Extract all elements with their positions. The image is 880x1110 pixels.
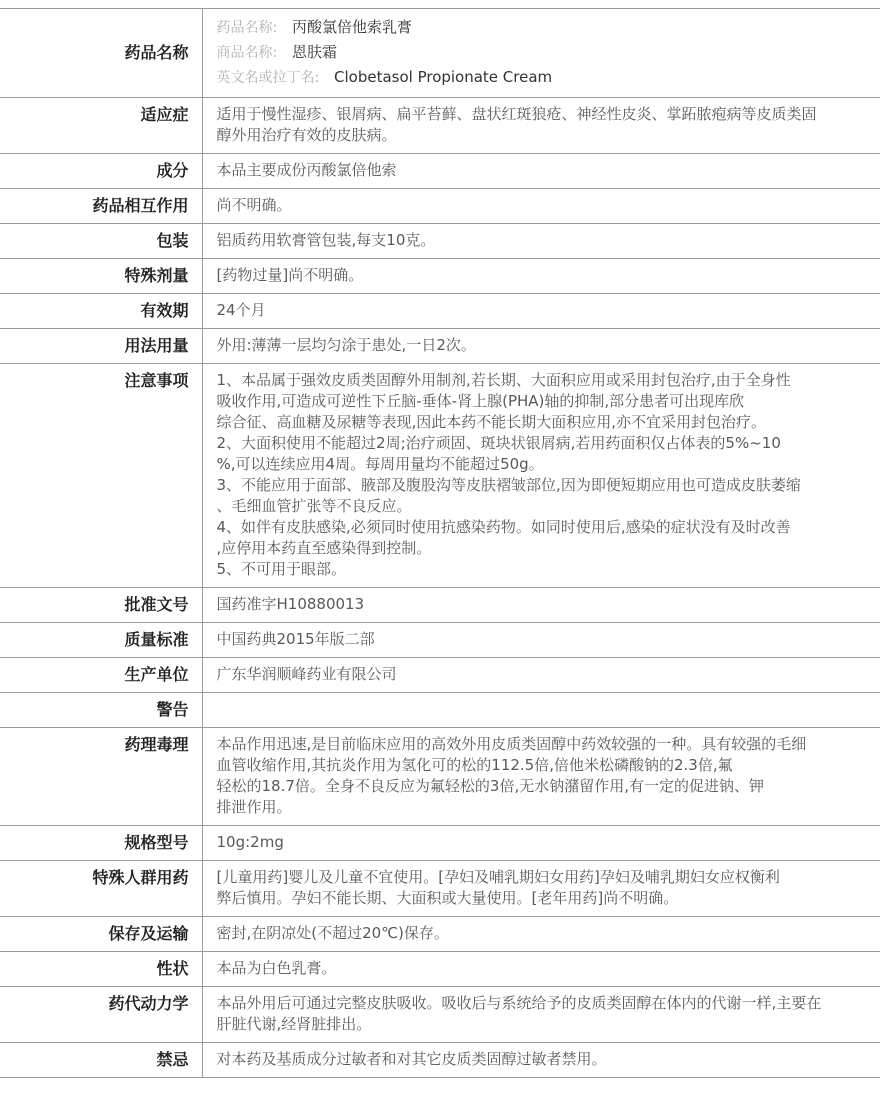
row-label: 药理毒理 — [0, 728, 202, 826]
table-row-appearance: 性状 本品为白色乳膏。 — [0, 952, 880, 987]
table-row-approval-number: 批准文号 国药准字H10880013 — [0, 588, 880, 623]
field-key: 英文名或拉丁名: — [217, 70, 330, 86]
table-row-specification: 规格型号 10g:2mg — [0, 826, 880, 861]
row-label: 警告 — [0, 693, 202, 728]
row-content: [药物过量]尚不明确。 — [202, 259, 880, 294]
field-key: 药品名称: — [217, 20, 288, 36]
row-content: 广东华润顺峰药业有限公司 — [202, 658, 880, 693]
field-value: 丙酸氯倍他索乳膏 — [292, 18, 412, 36]
table-row-usage-dosage: 用法用量 外用:薄薄一层均匀涂于患处,一日2次。 — [0, 329, 880, 364]
row-content: 24个月 — [202, 294, 880, 329]
row-label: 保存及运输 — [0, 917, 202, 952]
table-row-contraindications: 禁忌 对本药及基质成分过敏者和对其它皮质类固醇过敏者禁用。 — [0, 1043, 880, 1078]
row-label: 用法用量 — [0, 329, 202, 364]
table-row-warning: 警告 — [0, 693, 880, 728]
drug-name-field: 药品名称: 丙酸氯倍他索乳膏 — [217, 15, 861, 40]
row-content: 1、本品属于强效皮质类固醇外用制剂,若长期、大面积应用或采用封包治疗,由于全身性… — [202, 364, 880, 588]
row-content: 药品名称: 丙酸氯倍他索乳膏 商品名称: 恩肤霜 英文名或拉丁名: Clobet… — [202, 9, 880, 98]
row-content: 外用:薄薄一层均匀涂于患处,一日2次。 — [202, 329, 880, 364]
row-label: 包装 — [0, 224, 202, 259]
table-row-packaging: 包装 铝质药用软膏管包装,每支10克。 — [0, 224, 880, 259]
row-label: 适应症 — [0, 98, 202, 154]
row-content: 10g:2mg — [202, 826, 880, 861]
table-row-quality-standard: 质量标准 中国药典2015年版二部 — [0, 623, 880, 658]
row-content: 中国药典2015年版二部 — [202, 623, 880, 658]
field-value: Clobetasol Propionate Cream — [334, 68, 552, 86]
field-key: 商品名称: — [217, 45, 288, 61]
row-content: 本品主要成份丙酸氯倍他索 — [202, 154, 880, 189]
table-row-precautions: 注意事项 1、本品属于强效皮质类固醇外用制剂,若长期、大面积应用或采用封包治疗,… — [0, 364, 880, 588]
row-label: 禁忌 — [0, 1043, 202, 1078]
row-label: 生产单位 — [0, 658, 202, 693]
row-label: 性状 — [0, 952, 202, 987]
row-content — [202, 693, 880, 728]
row-label: 规格型号 — [0, 826, 202, 861]
drug-info-table: 药品名称 药品名称: 丙酸氯倍他索乳膏 商品名称: 恩肤霜 英文名或拉丁名: C… — [0, 8, 880, 1078]
table-row-shelf-life: 有效期 24个月 — [0, 294, 880, 329]
row-label: 药品名称 — [0, 9, 202, 98]
field-value: 恩肤霜 — [292, 43, 337, 61]
table-body: 药品名称 药品名称: 丙酸氯倍他索乳膏 商品名称: 恩肤霜 英文名或拉丁名: C… — [0, 9, 880, 1078]
table-row-drug-name: 药品名称 药品名称: 丙酸氯倍他索乳膏 商品名称: 恩肤霜 英文名或拉丁名: C… — [0, 9, 880, 98]
row-label: 特殊剂量 — [0, 259, 202, 294]
row-content: 本品为白色乳膏。 — [202, 952, 880, 987]
row-label: 注意事项 — [0, 364, 202, 588]
row-label: 批准文号 — [0, 588, 202, 623]
table-row-ingredients: 成分 本品主要成份丙酸氯倍他索 — [0, 154, 880, 189]
table-row-indications: 适应症 适用于慢性湿疹、银屑病、扁平苔藓、盘状红斑狼疮、神经性皮炎、掌跖脓疱病等… — [0, 98, 880, 154]
drug-name-field: 商品名称: 恩肤霜 — [217, 40, 861, 65]
table-row-special-populations: 特殊人群用药 [儿童用药]婴儿及儿童不宜使用。[孕妇及哺乳期妇女用药]孕妇及哺乳… — [0, 861, 880, 917]
drug-info-page: 药品名称 药品名称: 丙酸氯倍他索乳膏 商品名称: 恩肤霜 英文名或拉丁名: C… — [0, 0, 880, 1078]
table-row-pharmacokinetics: 药代动力学 本品外用后可通过完整皮肤吸收。吸收后与系统给予的皮质类固醇在体内的代… — [0, 987, 880, 1043]
row-label: 有效期 — [0, 294, 202, 329]
row-content: 密封,在阴凉处(不超过20℃)保存。 — [202, 917, 880, 952]
row-content: 国药准字H10880013 — [202, 588, 880, 623]
row-label: 质量标准 — [0, 623, 202, 658]
table-row-manufacturer: 生产单位 广东华润顺峰药业有限公司 — [0, 658, 880, 693]
row-content: 对本药及基质成分过敏者和对其它皮质类固醇过敏者禁用。 — [202, 1043, 880, 1078]
drug-name-field: 英文名或拉丁名: Clobetasol Propionate Cream — [217, 65, 861, 90]
row-label: 成分 — [0, 154, 202, 189]
row-content: 适用于慢性湿疹、银屑病、扁平苔藓、盘状红斑狼疮、神经性皮炎、掌跖脓疱病等皮质类固… — [202, 98, 880, 154]
row-content: 尚不明确。 — [202, 189, 880, 224]
table-row-special-dosage: 特殊剂量 [药物过量]尚不明确。 — [0, 259, 880, 294]
table-row-pharmacology-toxicology: 药理毒理 本品作用迅速,是目前临床应用的高效外用皮质类固醇中药效较强的一种。具有… — [0, 728, 880, 826]
row-content: [儿童用药]婴儿及儿童不宜使用。[孕妇及哺乳期妇女用药]孕妇及哺乳期妇女应权衡利… — [202, 861, 880, 917]
row-content: 本品外用后可通过完整皮肤吸收。吸收后与系统给予的皮质类固醇在体内的代谢一样,主要… — [202, 987, 880, 1043]
row-label: 药品相互作用 — [0, 189, 202, 224]
row-label: 特殊人群用药 — [0, 861, 202, 917]
row-content: 铝质药用软膏管包装,每支10克。 — [202, 224, 880, 259]
table-row-storage-transport: 保存及运输 密封,在阴凉处(不超过20℃)保存。 — [0, 917, 880, 952]
table-row-drug-interactions: 药品相互作用 尚不明确。 — [0, 189, 880, 224]
row-label: 药代动力学 — [0, 987, 202, 1043]
row-content: 本品作用迅速,是目前临床应用的高效外用皮质类固醇中药效较强的一种。具有较强的毛细… — [202, 728, 880, 826]
